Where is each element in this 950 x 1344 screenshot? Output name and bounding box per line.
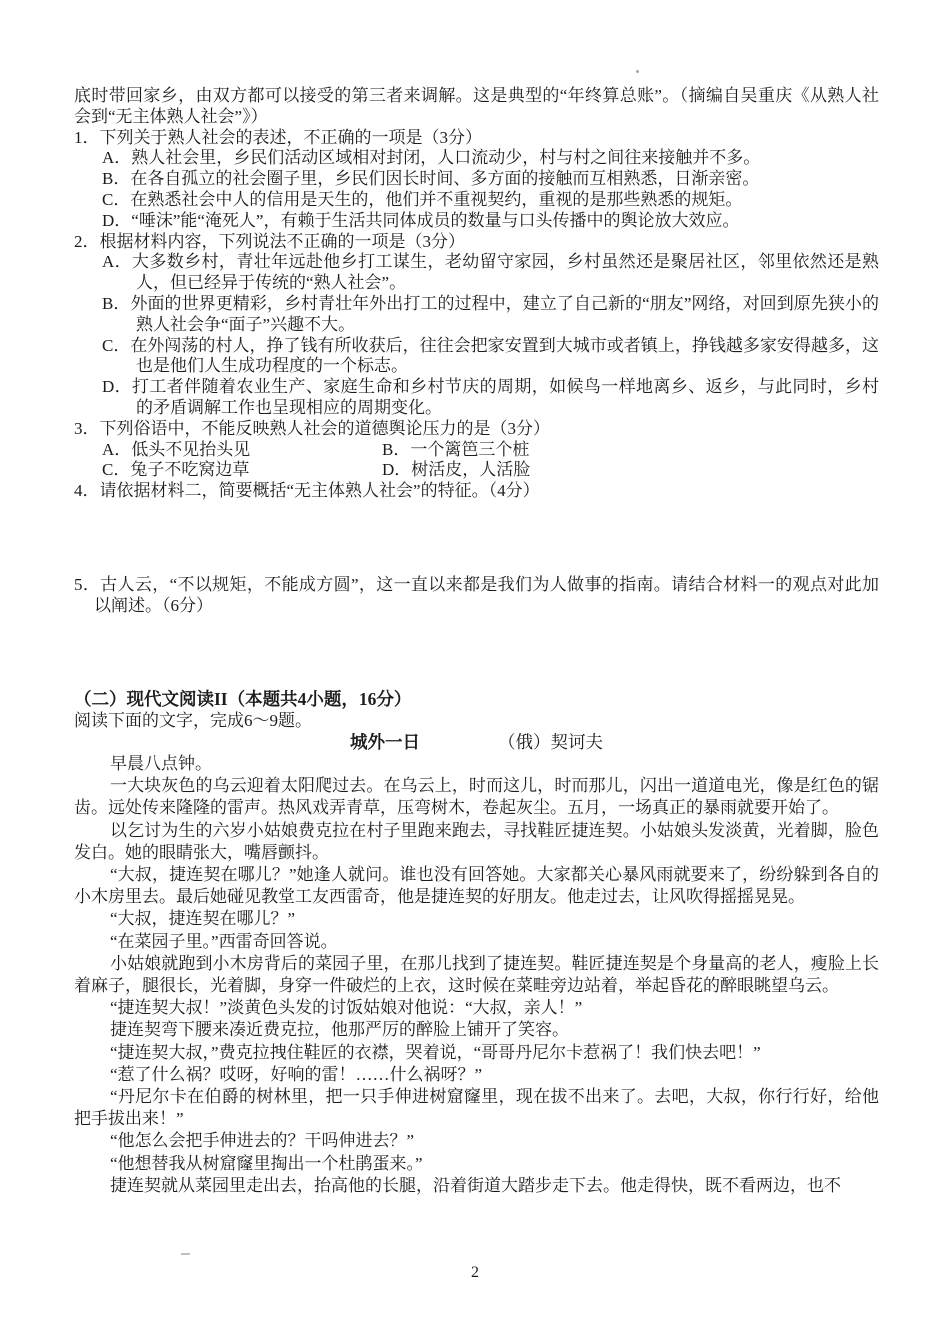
story-paragraph: “在菜园子里。”西雷奇回答说。 <box>74 931 879 953</box>
story-paragraph: 以乞讨为生的六岁小姑娘费克拉在村子里跑来跑去，寻找鞋匠捷连契。小姑娘头发淡黄，光… <box>74 820 879 864</box>
question-3-stem: 3．下列俗语中，不能反映熟人社会的道德舆论压力的是（3分） <box>74 419 879 440</box>
question-4-stem: 4．请依据材料二，简要概括“无主体熟人社会”的特征。（4分） <box>74 481 879 502</box>
story-paragraph: “惹了什么祸？哎呀，好响的雷！……什么祸呀？” <box>74 1064 879 1086</box>
scan-artifact-dash <box>181 1253 190 1255</box>
story-title-line: 城外一日（俄）契诃夫 <box>74 732 879 754</box>
question-3-option-a: A．低头不见抬头见 <box>102 440 382 461</box>
question-2-stem: 2．根据材料内容，下列说法不正确的一项是（3分） <box>74 232 879 253</box>
story-paragraph: “捷连契大叔，”费克拉拽住鞋匠的衣襟，哭着说，“哥哥丹尼尔卡惹祸了！我们快去吧！… <box>74 1042 879 1064</box>
story-paragraph: “大叔，捷连契在哪儿？” <box>74 908 879 930</box>
story-paragraph: “大叔，捷连契在哪儿？”她逢人就问。谁也没有回答她。大家都关心暴风雨就要来了，纷… <box>74 864 879 908</box>
question-1-option-d: D．“唾沫”能“淹死人”，有赖于生活共同体成员的数量与口头传播中的舆论放大效应。 <box>74 211 879 232</box>
story-paragraph: “丹尼尔卡在伯爵的树林里，把一只手伸进树窟窿里，现在拔不出来了。去吧，大叔，你行… <box>74 1086 879 1130</box>
story-paragraph: 捷连契弯下腰来凑近费克拉，他那严厉的醉脸上铺开了笑容。 <box>74 1019 879 1041</box>
question-1-option-b: B．在各自孤立的社会圈子里，乡民们因长时间、多方面的接触而互相熟悉，日渐亲密。 <box>74 169 879 190</box>
story-text: 早晨八点钟。 一大块灰色的乌云迎着太阳爬过去。在乌云上，时而这儿，时而那儿，闪出… <box>74 753 879 1197</box>
question-1: 1．下列关于熟人社会的表述，不正确的一项是（3分） A．熟人社会里，乡民们活动区… <box>74 128 879 232</box>
question-3-option-c: C．兔子不吃窝边草 <box>102 460 382 481</box>
scan-artifact-dot <box>636 70 639 73</box>
question-3-option-b: B．一个篱笆三个桩 <box>382 440 529 459</box>
story-paragraph: “他怎么会把手伸进去的？干吗伸进去？” <box>74 1130 879 1152</box>
story-paragraph: 捷连契就从菜园里走出去，抬高他的长腿，沿着街道大踏步走下去。他走得快，既不看两边… <box>74 1175 879 1197</box>
question-2-option-d: D．打工者伴随着农业生产、家庭生命和乡村节庆的周期，如候鸟一样地离乡、返乡，与此… <box>74 377 879 419</box>
question-1-option-c: C．在熟悉社会中人的信用是天生的，他们并不重视契约，重视的是那些熟悉的规矩。 <box>74 190 879 211</box>
question-2-option-c: C．在外闯荡的村人，挣了钱有所收获后，往往会把家安置到大城市或者镇上，挣钱越多家… <box>74 336 879 378</box>
question-2-option-b: B．外面的世界更精彩，乡村青壮年外出打工的过程中，建立了自己新的“朋友”网络，对… <box>74 294 879 336</box>
story-paragraph: 小姑娘就跑到小木房背后的菜园子里，在那儿找到了捷连契。鞋匠捷连契是个身量高的老人… <box>74 953 879 997</box>
question-3-option-row-1: A．低头不见抬头见B．一个篱笆三个桩 <box>74 440 879 461</box>
question-1-option-a: A．熟人社会里，乡民们活动区域相对封闭，人口流动少，村与村之间往来接触并不多。 <box>74 148 879 169</box>
story-paragraph: “捷连契大叔！”淡黄色头发的讨饭姑娘对他说：“大叔，亲人！” <box>74 997 879 1019</box>
exam-page-background: { "doc": { "page_number": "2", "continua… <box>0 0 950 1344</box>
story-paragraph: 一大块灰色的乌云迎着太阳爬过去。在乌云上，时而这儿，时而那儿，闪出一道道电光，像… <box>74 775 879 819</box>
story-author: （俄）契诃夫 <box>498 732 603 752</box>
story-paragraph: “他想替我从树窟窿里掏出一个杜鹃蛋来。” <box>74 1153 879 1175</box>
question-1-stem: 1．下列关于熟人社会的表述，不正确的一项是（3分） <box>74 128 879 149</box>
question-2-option-a: A．大多数乡村，青壮年远赴他乡打工谋生，老幼留守家园，乡村虽然还是聚居社区，邻里… <box>74 252 879 294</box>
section-2-heading: （二）现代文阅读II（本题共4小题，16分） <box>74 689 879 711</box>
exam-document-body: 底时带回家乡，由双方都可以接受的第三者来调解。这是典型的“年终算总账”。（摘编自… <box>74 86 879 1197</box>
story-paragraph: 早晨八点钟。 <box>74 753 879 775</box>
story-title: 城外一日 <box>350 732 420 752</box>
question-3-option-d: D．树活皮，人活脸 <box>382 460 530 479</box>
question-3: 3．下列俗语中，不能反映熟人社会的道德舆论压力的是（3分） A．低头不见抬头见B… <box>74 419 879 481</box>
question-5-stem: 5．古人云，“不以规矩，不能成方圆”，这一直以来都是我们为人做事的指南。请结合材… <box>74 575 879 617</box>
multiple-choice-section: 底时带回家乡，由双方都可以接受的第三者来调解。这是典型的“年终算总账”。（摘编自… <box>74 86 879 617</box>
continuation-paragraph: 底时带回家乡，由双方都可以接受的第三者来调解。这是典型的“年终算总账”。（摘编自… <box>74 86 879 128</box>
page-number: 2 <box>0 1264 950 1282</box>
question-3-option-row-2: C．兔子不吃窝边草D．树活皮，人活脸 <box>74 460 879 481</box>
question-2: 2．根据材料内容，下列说法不正确的一项是（3分） A．大多数乡村，青壮年远赴他乡… <box>74 232 879 419</box>
section-2-instruction: 阅读下面的文字，完成6～9题。 <box>74 710 879 732</box>
